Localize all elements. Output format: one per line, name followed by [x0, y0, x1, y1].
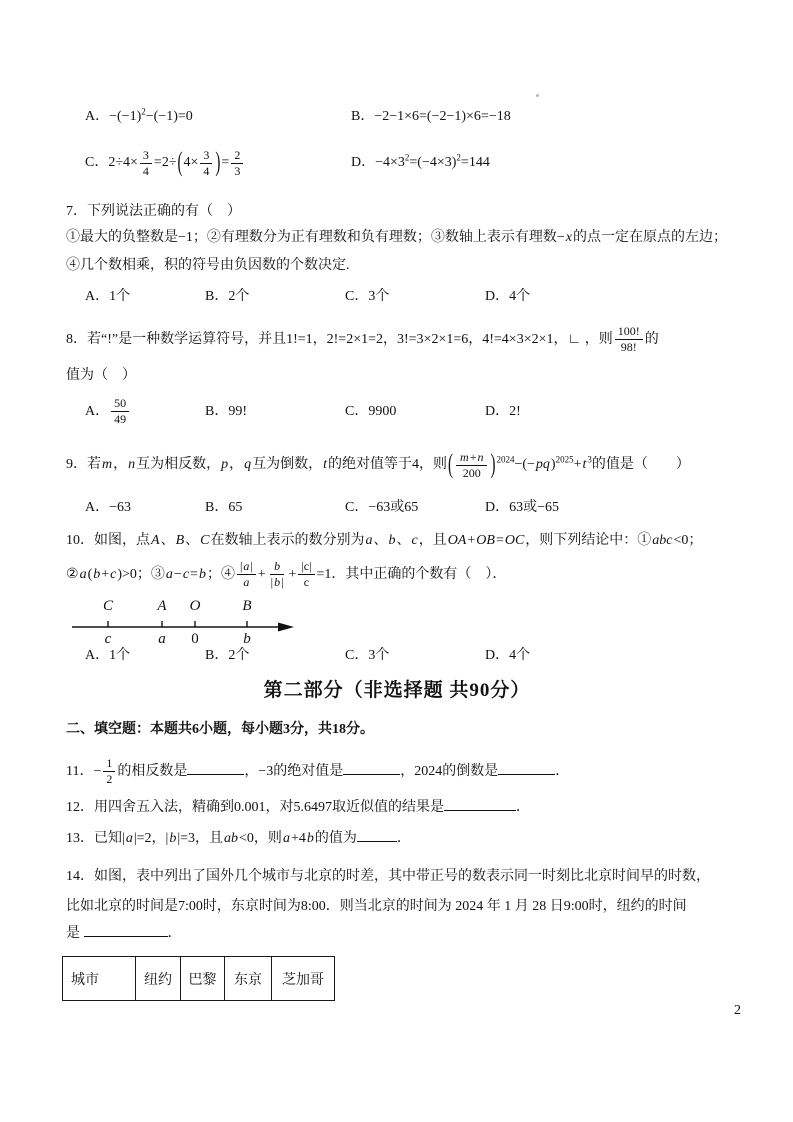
table-cell-newyork: 纽约 — [136, 957, 181, 1001]
svg-text:C: C — [103, 598, 114, 614]
q7-statements-1: ①最大的负整数是−1；②有理数分为正有理数和负有理数；③数轴上表示有理数−x的点… — [66, 224, 728, 252]
q12-stem: 12．用四舍五入法，精确到0.001，对5.6497取近似值的结果是． — [66, 796, 728, 820]
q14-stem-2: 比如北京的时间是7:00时，东京时间为8:00．则当北京的时间为 2024 年 … — [66, 894, 728, 920]
q9-option-a: A．−63 — [85, 496, 205, 520]
q14-stem-3: 是 ． — [66, 922, 728, 946]
q10-option-c: C．3个 — [345, 644, 485, 668]
q6-option-b: B．−2−1×6=(−2−1)×6=−18 — [351, 98, 728, 136]
exam-page: A．−(−1)2−(−1)=0 B．−2−1×6=(−2−1)×6=−18 C．… — [0, 0, 793, 1122]
part2-section-label: 二、填空题：本题共6小题，每小题3分，共18分。 — [66, 718, 728, 742]
q10-option-a: A．1个 — [85, 644, 205, 668]
q6-options-row-cd: C．2÷4×34=2÷(4×34)=23 D．−4×32=(−4×3)2=144 — [66, 136, 728, 190]
numberline-figure: CcAaO0Bb — [66, 596, 728, 644]
q7-option-d: D．4个 — [485, 284, 728, 310]
q8-stem-2: 值为（ ） — [66, 364, 728, 388]
q8-option-b: B．99! — [205, 388, 345, 436]
q8-option-a: A．5049 — [85, 388, 205, 436]
q7-option-a: A．1个 — [85, 284, 205, 310]
q10-option-b: B．2个 — [205, 644, 345, 668]
part2-heading: 第二部分（非选择题 共90分） — [66, 676, 728, 706]
q9-option-b: B．65 — [205, 496, 345, 520]
q8-stem-1: 8．若“!”是一种数学运算符号，并且1!=1，2!=2×1=2，3!=3×2×1… — [66, 316, 728, 364]
q10-stem-2: ②a(b+c)>0；③a−c=b；④|a|a+b|b|+|c|c=1．其中正确的… — [66, 554, 728, 596]
table-cell-chicago: 芝加哥 — [272, 957, 335, 1001]
svg-text:A: A — [156, 598, 167, 614]
table-cell-tokyo: 东京 — [225, 957, 272, 1001]
timezone-table: 城市 纽约 巴黎 东京 芝加哥 — [62, 956, 335, 1001]
svg-text:O: O — [190, 598, 201, 614]
page-content: A．−(−1)2−(−1)=0 B．−2−1×6=(−2−1)×6=−18 C．… — [66, 98, 728, 1001]
q8-option-c: C．9900 — [345, 388, 485, 436]
q7-option-b: B．2个 — [205, 284, 345, 310]
q7-option-c: C．3个 — [345, 284, 485, 310]
q8-options: A．5049 B．99! C．9900 D．2! — [66, 388, 728, 436]
q9-option-d: D．63或−65 — [485, 496, 728, 520]
q13-stem: 13．已知|a|=2，|b|=3，且ab<0，则a+4b的值为． — [66, 826, 728, 852]
table-row: 城市 纽约 巴黎 东京 芝加哥 — [63, 957, 335, 1001]
q9-stem: 9．若m，n互为相反数，p，q互为倒数，t的绝对值等于4，则(m+n200)20… — [66, 436, 728, 494]
q10-options: A．1个 B．2个 C．3个 D．4个 — [66, 644, 728, 668]
q9-options: A．−63 B．65 C．−63或65 D．63或−65 — [66, 496, 728, 520]
q7-options: A．1个 B．2个 C．3个 D．4个 — [66, 284, 728, 310]
q6-options-row-ab: A．−(−1)2−(−1)=0 B．−2−1×6=(−2−1)×6=−18 — [66, 98, 728, 136]
page-number: 2 — [734, 1003, 741, 1019]
table-cell-city: 城市 — [63, 957, 136, 1001]
q7-statements-2: ④几个数相乘，积的符号由负因数的个数决定. — [66, 252, 728, 280]
q6-option-d: D．−4×32=(−4×3)2=144 — [351, 136, 728, 190]
q10-option-d: D．4个 — [485, 644, 728, 668]
q10-stem-1: 10．如图，点A、B、C在数轴上表示的数分别为a、b、c，且OA+OB=OC，则… — [66, 528, 728, 554]
table-cell-paris: 巴黎 — [181, 957, 225, 1001]
q6-option-c: C．2÷4×34=2÷(4×34)=23 — [85, 136, 351, 190]
stray-mark — [536, 94, 539, 97]
q11-stem: 11．−12的相反数是，−3的绝对值是，2024的倒数是． — [66, 750, 728, 794]
q7-stem: 7．下列说法正确的有（ ） — [66, 200, 728, 224]
q8-option-d: D．2! — [485, 388, 728, 436]
q14-stem-1: 14．如图，表中列出了国外几个城市与北京的时差，其中带正号的数表示同一时刻比北京… — [66, 864, 728, 890]
q9-option-c: C．−63或65 — [345, 496, 485, 520]
svg-text:B: B — [242, 598, 251, 614]
